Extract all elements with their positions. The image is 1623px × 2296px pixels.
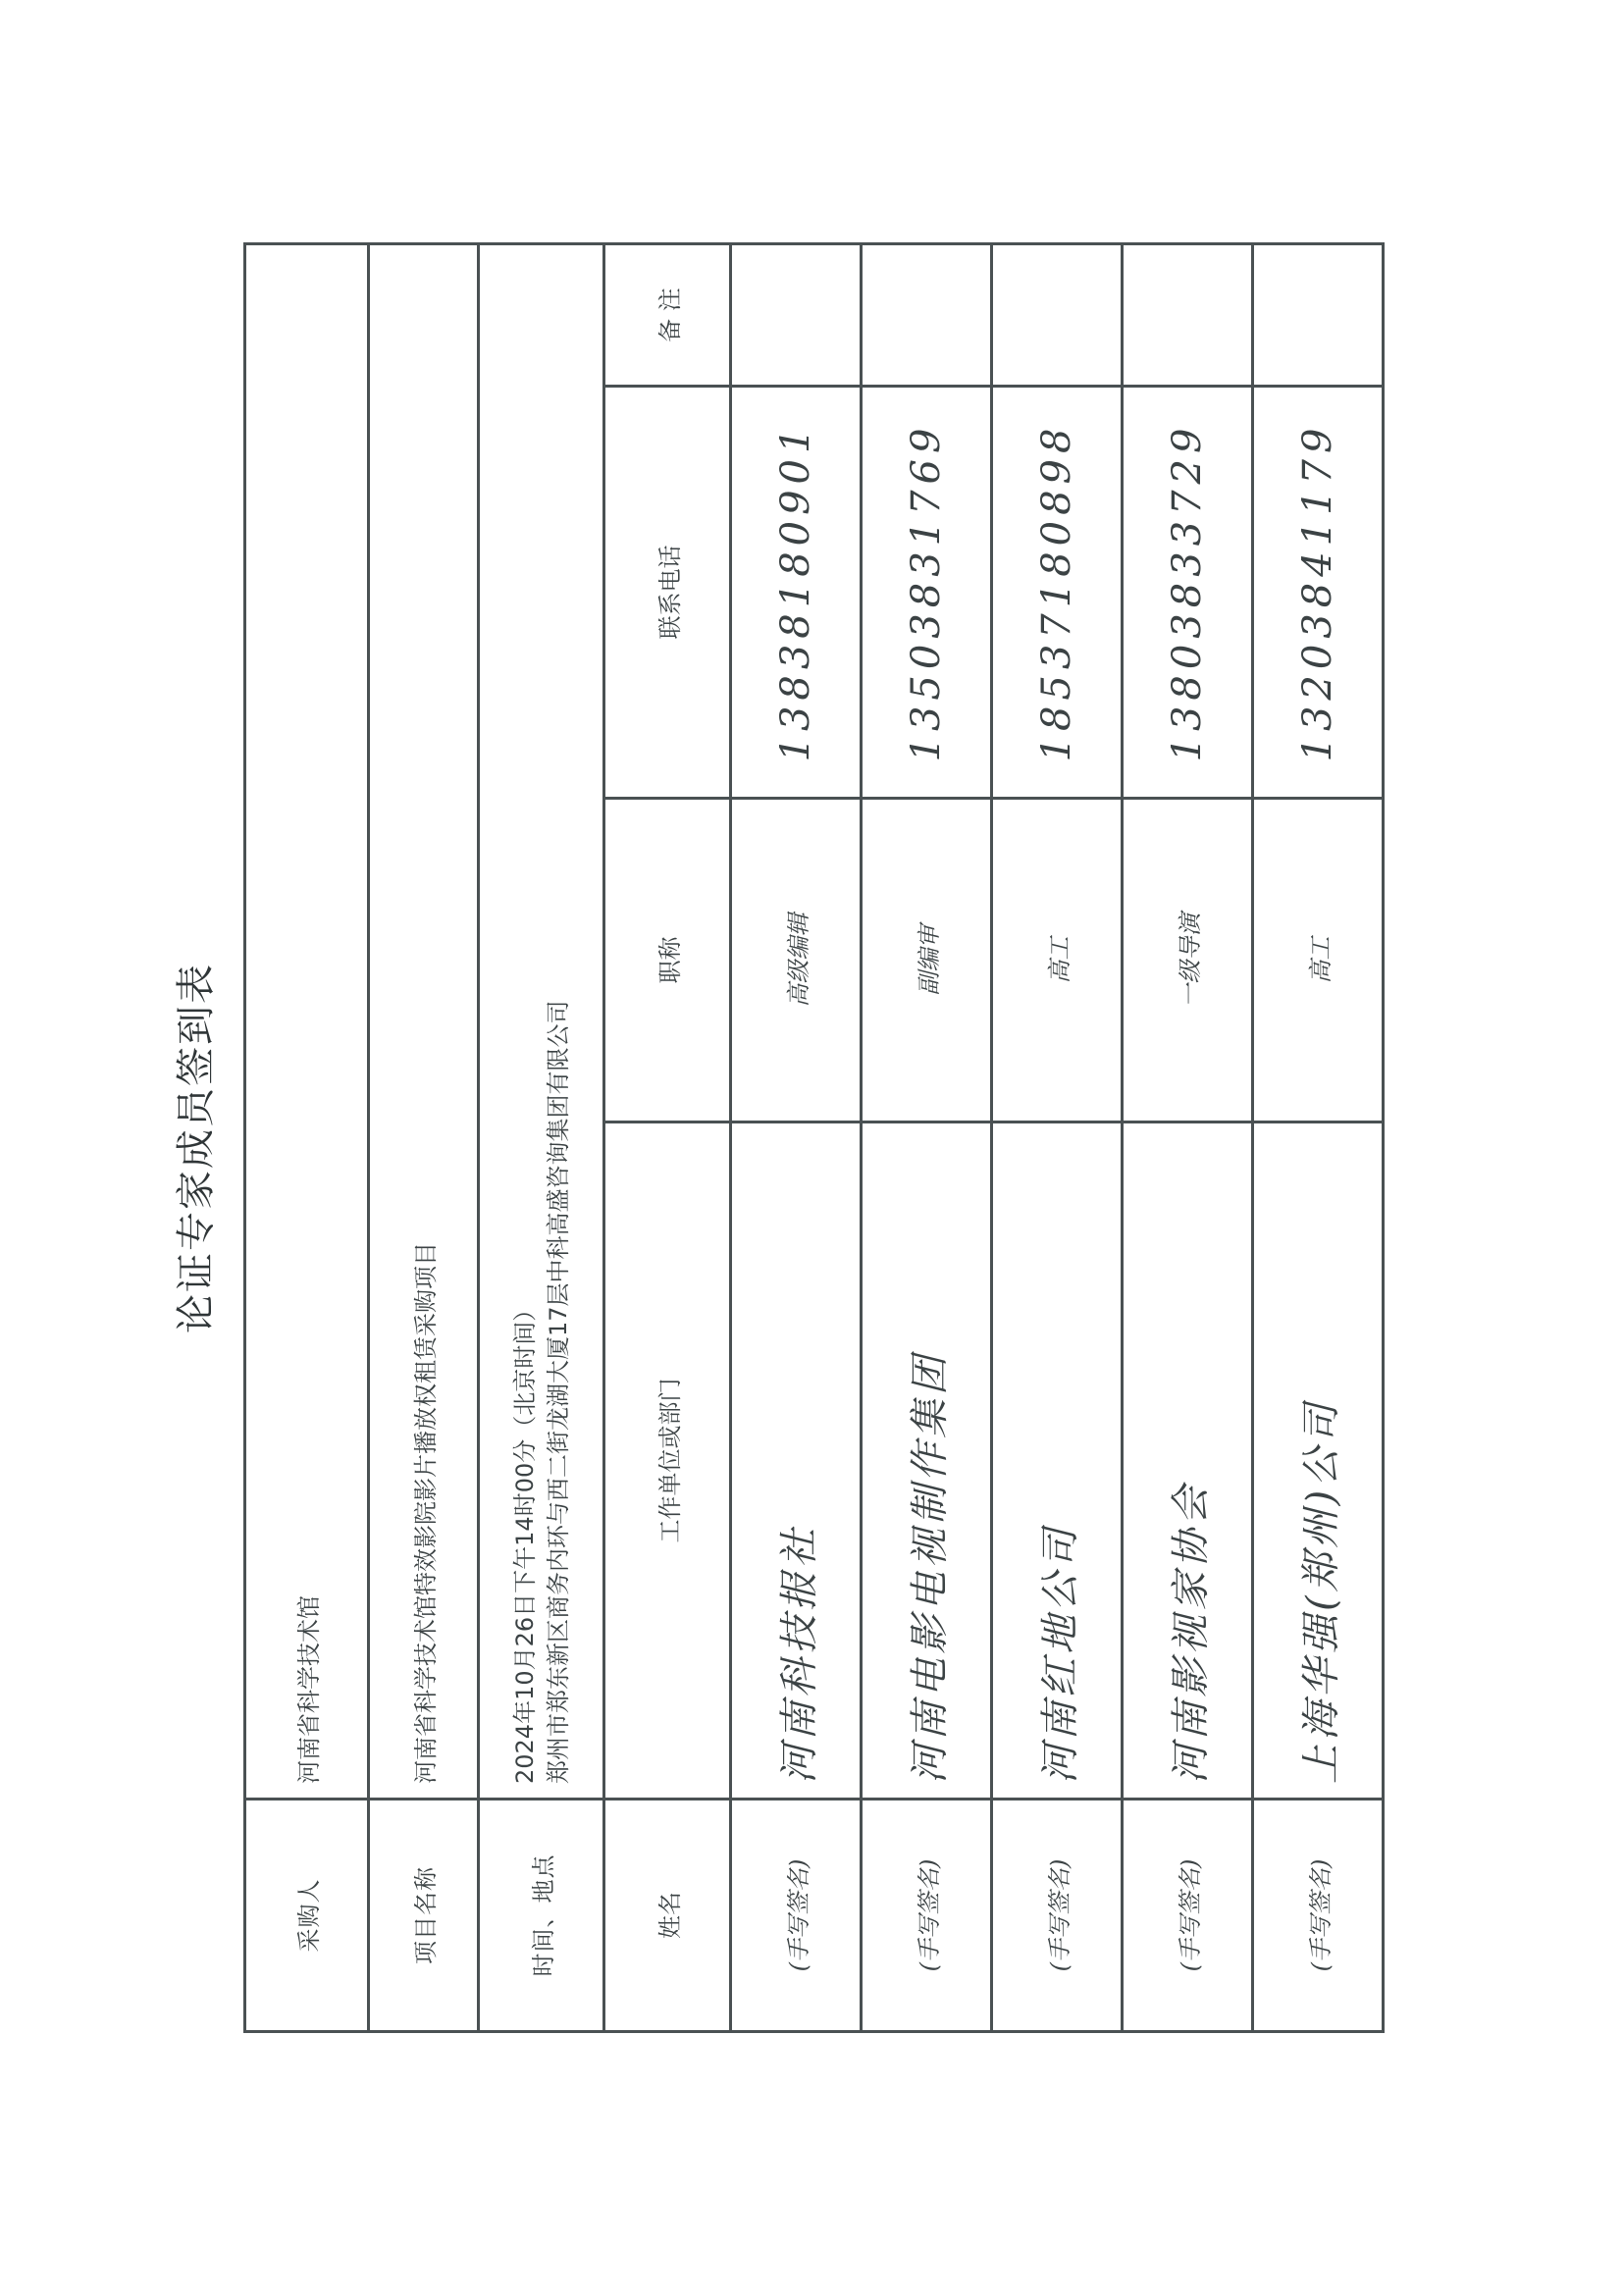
header-name: 姓名 <box>604 1800 731 2032</box>
title-cell: 一级导演 <box>1123 799 1253 1122</box>
header-title: 职称 <box>604 799 731 1122</box>
buyer-value: 河南省科学技术馆 <box>245 244 369 1800</box>
phone-cell: 13803833729 <box>1123 387 1253 799</box>
buyer-row: 采购人 河南省科学技术馆 <box>245 244 369 2032</box>
unit-cell: 河南科技报社 <box>731 1122 862 1800</box>
sign-in-sheet: 论证专家成员签到表 采购人 河南省科学技术馆 项目名称 河南省科学技术馆特效影院… <box>0 0 1623 2296</box>
phone-cell: 13838180901 <box>731 387 862 799</box>
unit-cell: 上海华强(郑州)公司 <box>1253 1122 1384 1800</box>
phone-cell: 18537180898 <box>992 387 1123 799</box>
remark-cell <box>1123 244 1253 387</box>
table-row: (手写签名) 河南电影电视制作集团 副编审 13503831769 <box>862 244 992 2032</box>
remark-cell <box>992 244 1123 387</box>
buyer-label: 采购人 <box>245 1800 369 2032</box>
header-remark: 备 注 <box>604 244 731 387</box>
remark-cell <box>862 244 992 387</box>
name-signature: (手写签名) <box>862 1800 992 2032</box>
project-label: 项目名称 <box>369 1800 479 2032</box>
header-row: 姓名 工作单位或部门 职称 联系电话 备 注 <box>604 244 731 2032</box>
unit-cell: 河南红地公司 <box>992 1122 1123 1800</box>
title-cell: 高级编辑 <box>731 799 862 1122</box>
time-value: 2024年10月26日下午14时00分（北京时间） <box>508 259 542 1784</box>
title-cell: 高工 <box>1253 799 1384 1122</box>
table-row: (手写签名) 上海华强(郑州)公司 高工 13203841179 <box>1253 244 1384 2032</box>
table-row: (手写签名) 河南红地公司 高工 18537180898 <box>992 244 1123 2032</box>
time-place-label: 时间、地点 <box>479 1800 604 2032</box>
remark-cell <box>1253 244 1384 387</box>
table-row: (手写签名) 河南影视家协会 一级导演 13803833729 <box>1123 244 1253 2032</box>
page-title: 论证专家成员签到表 <box>165 0 221 2296</box>
unit-cell: 河南影视家协会 <box>1123 1122 1253 1800</box>
name-signature: (手写签名) <box>731 1800 862 2032</box>
place-value: 郑州市郑东新区商务内环与西二街龙湖大厦17层中科高盛咨询集团有限公司 <box>542 259 575 1784</box>
time-place-row: 时间、地点 2024年10月26日下午14时00分（北京时间） 郑州市郑东新区商… <box>479 244 604 2032</box>
name-signature: (手写签名) <box>1123 1800 1253 2032</box>
name-signature: (手写签名) <box>992 1800 1123 2032</box>
remark-cell <box>731 244 862 387</box>
header-phone: 联系电话 <box>604 387 731 799</box>
header-unit: 工作单位或部门 <box>604 1122 731 1800</box>
project-value: 河南省科学技术馆特效影院影片播放权租赁采购项目 <box>369 244 479 1800</box>
title-cell: 高工 <box>992 799 1123 1122</box>
table-row: (手写签名) 河南科技报社 高级编辑 13838180901 <box>731 244 862 2032</box>
unit-cell: 河南电影电视制作集团 <box>862 1122 992 1800</box>
phone-cell: 13503831769 <box>862 387 992 799</box>
sign-in-table: 采购人 河南省科学技术馆 项目名称 河南省科学技术馆特效影院影片播放权租赁采购项… <box>243 242 1385 2033</box>
phone-cell: 13203841179 <box>1253 387 1384 799</box>
title-cell: 副编审 <box>862 799 992 1122</box>
time-place-value: 2024年10月26日下午14时00分（北京时间） 郑州市郑东新区商务内环与西二… <box>479 244 604 1800</box>
name-signature: (手写签名) <box>1253 1800 1384 2032</box>
project-row: 项目名称 河南省科学技术馆特效影院影片播放权租赁采购项目 <box>369 244 479 2032</box>
